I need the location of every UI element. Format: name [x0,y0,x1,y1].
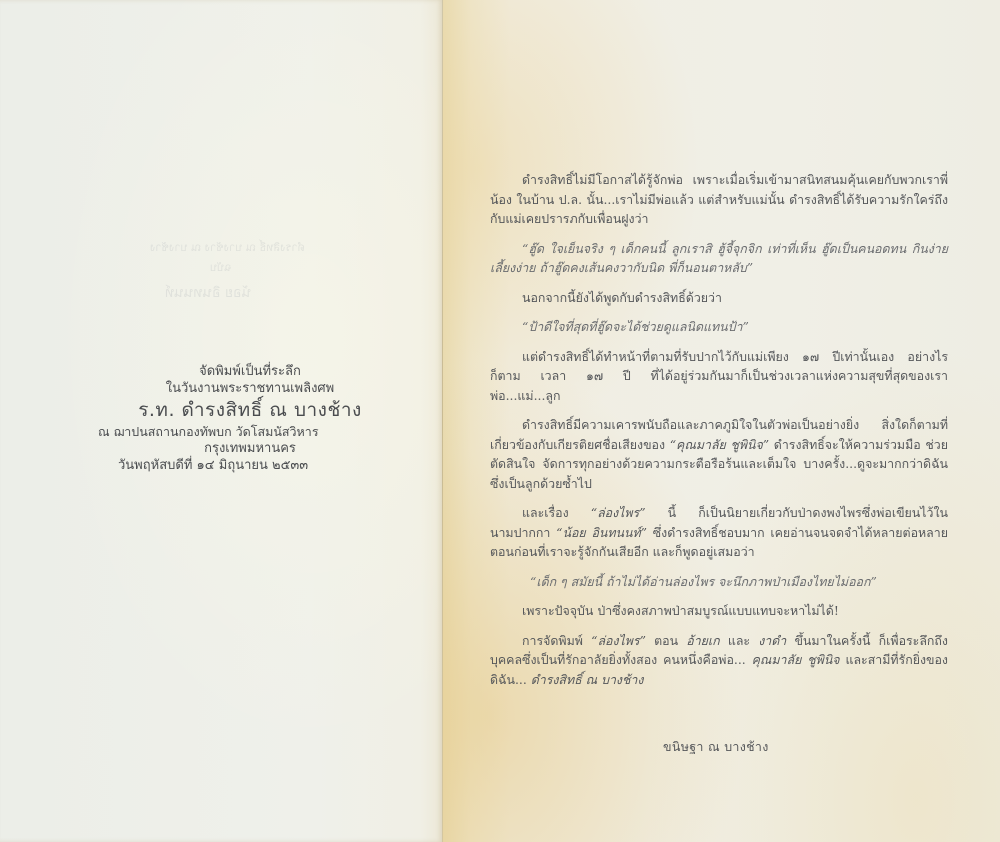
text-run: ตอน [646,633,686,648]
signature: ขนิษฐา ณ บางช้าง [663,737,769,757]
paragraph: การจัดพิมพ์ “ล่องไพร” ตอน อ้ายเก และ งาด… [490,631,948,690]
dedication-city: กรุงเทพมหานคร [100,440,400,457]
husband-name: ดำรงสิทธิ์ ณ บางช้าง [531,672,644,687]
episode-title: อ้ายเก [686,633,719,648]
paragraph: เพราะปัจจุบัน ป่าซึ่งคงสภาพป่าสมบูรณ์แบบ… [490,601,948,621]
episode-title: งาดำ [758,633,786,648]
dedication-line: ในวันงานพระราชทานเพลิงศพ [100,380,400,397]
quote-paragraph: “เด็ก ๆ สมัยนี้ ถ้าไม่ได้อ่านล่องไพร จะน… [490,572,948,592]
quote-paragraph: “ฮู๊ด ใจเย็นจริง ๆ เด็กคนนี้ ลูกเราสิ ฮู… [490,239,948,278]
deceased-name: ร.ท. ดำรงสิทธิ์ ณ บางช้าง [100,397,400,423]
dedication-line: จัดพิมพ์เป็นที่ระลึก [100,363,400,380]
show-through-text: น้อย อินทนนท์ [165,282,251,304]
text-run: และ [720,633,759,648]
pen-name: “น้อย อินทนนท์” [556,525,647,540]
author-name: “คุณมาลัย ชูพินิจ” [670,437,769,452]
paragraph: ดำรงสิทธิ์มีความเคารพนับถือและภาคภูมิใจใ… [490,415,948,493]
text-run: และเรื่อง [522,505,591,520]
dedication-block: จัดพิมพ์เป็นที่ระลึก ในวันงานพระราชทานเพ… [100,363,400,474]
paragraph: นอกจากนี้ยังได้พูดกับดำรงสิทธิ์ด้วยว่า [490,288,948,308]
paragraph: ดำรงสิทธิ์ไม่มีโอกาสได้รู้จักพ่อ เพราะเม… [490,170,948,229]
left-page: ดำรงสิทธิ์ ณ บางช้าง ณ บางช้าง ฉบับ น้อย… [0,0,443,842]
book-title: “ล่องไพร” [591,633,646,648]
author-name: คุณมาลัย ชูพินิจ [752,652,840,667]
book-title: “ล่องไพร” [591,505,646,520]
foreword-text: ดำรงสิทธิ์ไม่มีโอกาสได้รู้จักพ่อ เพราะเม… [490,170,948,699]
quote-paragraph: “ป้าดีใจที่สุดที่ฮู๊ดจะได้ช่วยดูแลนิดแทน… [490,317,948,337]
paragraph: แต่ดำรงสิทธิ์ได้ทำหน้าที่ตามที่รับปากไว้… [490,347,948,406]
text-run: การจัดพิมพ์ [522,633,591,648]
show-through-text: ดำรงสิทธิ์ ณ บางช้าง ณ บางช้าง [150,238,305,256]
dedication-venue: ณ ฌาปนสถานกองทัพบก วัดโสมนัสวิหาร [98,423,400,440]
book-spread: ดำรงสิทธิ์ ณ บางช้าง ณ บางช้าง ฉบับ น้อย… [0,0,1000,842]
dedication-date: วันพฤหัสบดีที่ ๑๔ มิถุนายน ๒๕๓๓ [118,457,400,474]
show-through-text: ฉบับ [210,258,231,276]
paragraph: และเรื่อง “ล่องไพร” นี้ ก็เป็นนิยายเกี่ย… [490,503,948,562]
